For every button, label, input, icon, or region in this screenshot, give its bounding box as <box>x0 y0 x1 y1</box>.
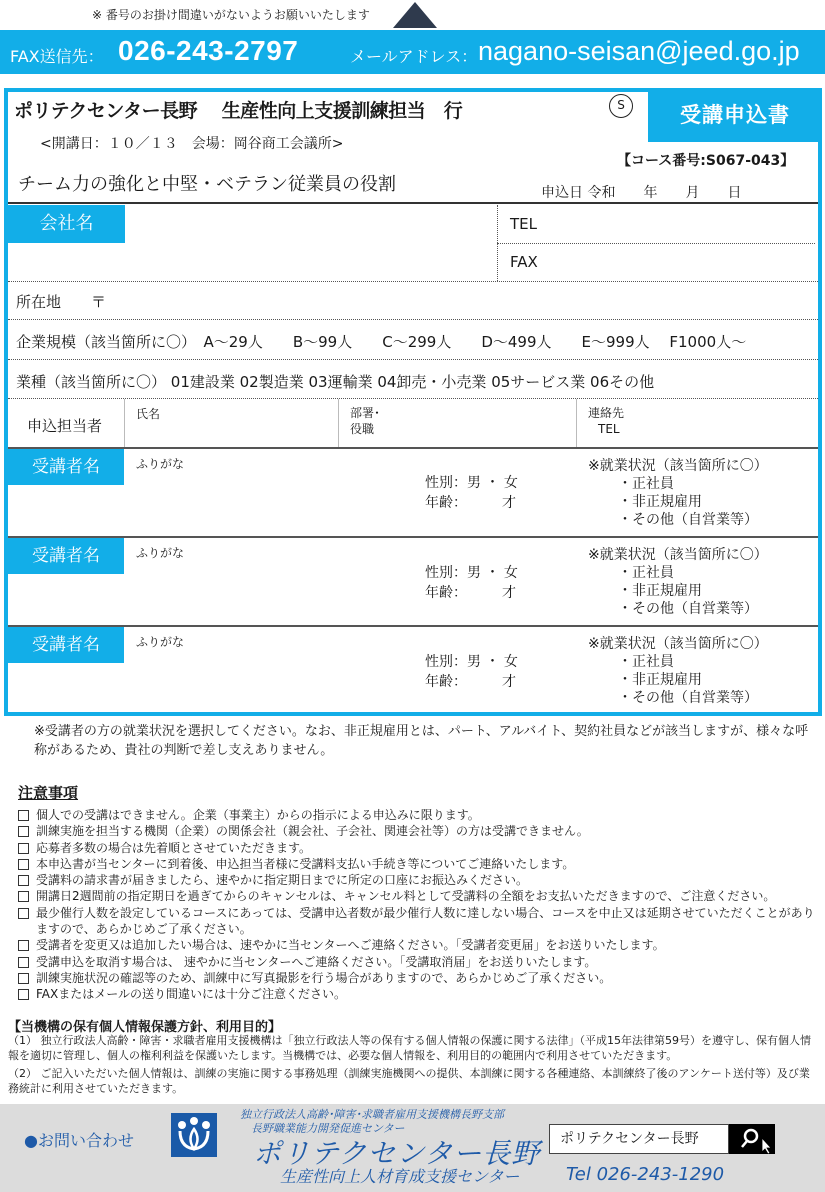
org-subtitle: 生産性向上人材育成支援センター <box>280 1164 519 1187</box>
company-tel-field[interactable] <box>545 205 815 243</box>
note-item[interactable]: 訓練実施を担当する機関（企業）の関係会社（親会社、子会社、関連会社等）の方は受講… <box>16 823 816 839</box>
note-item[interactable]: 受講者を変更又は追加したい場合は、速やかに当センターへご連絡ください。「受講者変… <box>16 937 816 953</box>
trainee-2-name-field[interactable] <box>125 538 415 626</box>
notes-list: 個人での受講はできません。企業（事業主）からの指示による申込みに限ります。 訓練… <box>16 807 816 1003</box>
company-fax-field[interactable] <box>545 244 815 280</box>
course-number: 【コース番号:S067-043】 <box>617 150 794 170</box>
applicant-name-field[interactable] <box>125 399 338 447</box>
apply-date-field[interactable]: 申込日 令和 年 月 日 <box>541 182 741 202</box>
employment-footnote: ※受講者の方の就業状況を選択してください。なお、非正規雇用とは、パート、アルバイ… <box>34 722 814 760</box>
top-note: ※ 番号のお掛け間違いがないようお願いいたします <box>92 6 370 23</box>
search-icon <box>729 1124 775 1154</box>
divider <box>8 319 818 320</box>
mail-address[interactable]: nagano-seisan@jeed.go.jp <box>478 36 800 67</box>
company-size-options[interactable]: 企業規模（該当箇所に〇） A～29人 B～99人 C～299人 D～499人 E… <box>16 331 746 352</box>
divider <box>8 359 818 360</box>
fax-label: FAX <box>510 253 538 271</box>
applicant-label: 申込担当者 <box>27 415 102 436</box>
course-title: チーム力の強化と中堅・ベテラン従業員の役割 <box>18 170 396 196</box>
note-item[interactable]: 受講料の請求書が届きましたら、速やかに指定期日までに所定の口座にお振込みください… <box>16 872 816 888</box>
trainee-3-label: 受講者名 <box>8 627 124 663</box>
trainee-1-label: 受講者名 <box>8 449 124 485</box>
trainee-3-employment-status[interactable]: ※就業状況（該当箇所に〇） ・正社員 ・非正規雇用 ・その他（自営業等） <box>588 635 768 707</box>
applicant-dept-field[interactable] <box>380 399 576 447</box>
trainee-2-label: 受講者名 <box>8 538 124 574</box>
mail-label: メールアドレス： <box>350 44 477 67</box>
trainee-3-name-field[interactable] <box>125 627 415 712</box>
notes-title: 注意事項 <box>18 782 78 803</box>
fax-banner: FAX送信先： 026-243-2797 メールアドレス： nagano-sei… <box>0 30 825 74</box>
form-title: 受講申込書 <box>648 88 822 142</box>
trainee-1-employment-status[interactable]: ※就業状況（該当箇所に〇） ・正社員 ・非正規雇用 ・その他（自営業等） <box>588 457 768 529</box>
triangle-arrow-icon <box>393 2 437 28</box>
privacy-body: （1） 独立行政法人高齢・障害・求職者雇用支援機構は「独立行政法人等の保有する個… <box>8 1033 820 1096</box>
applicant-dept-label: 部署･ 役職 <box>350 405 380 437</box>
note-item[interactable]: 個人での受講はできません。企業（事業主）からの指示による申込みに限ります。 <box>16 807 816 823</box>
destination: ポリテクセンター長野 生産性向上支援訓練担当 行 <box>14 96 462 123</box>
note-item[interactable]: 受講申込を取消す場合は、 速やかに当センターへご連絡ください。「受講取消届」をお… <box>16 954 816 970</box>
note-item[interactable]: 最少催行人数を設定しているコースにあっては、受講申込者数が最少催行人数に達しない… <box>16 905 816 938</box>
trainee-2-gender-age[interactable]: 性別：男 ・ 女 年齢： 才 <box>425 563 518 603</box>
s-mark-icon: S <box>609 94 633 118</box>
divider <box>8 202 818 204</box>
trainee-1-gender-age[interactable]: 性別：男 ・ 女 年齢： 才 <box>425 473 518 513</box>
divider <box>576 399 577 447</box>
search-input[interactable]: ポリテクセンター長野 <box>549 1124 729 1154</box>
divider <box>8 281 818 282</box>
contact-label: ●お問い合わせ <box>24 1128 134 1151</box>
footer-tel: Tel 026-243-1290 <box>566 1164 724 1185</box>
divider <box>338 399 339 447</box>
trainee-2-employment-status[interactable]: ※就業状況（該当箇所に〇） ・正社員 ・非正規雇用 ・その他（自営業等） <box>588 546 768 618</box>
note-item[interactable]: 応募者多数の場合は先着順とさせていただきます。 <box>16 840 816 856</box>
polytech-logo-icon <box>171 1113 217 1157</box>
trainee-3-gender-age[interactable]: 性別：男 ・ 女 年齢： 才 <box>425 652 518 692</box>
address-label: 所在地 〒 <box>16 291 106 312</box>
fax-number: 026-243-2797 <box>118 35 298 67</box>
tel-label: TEL <box>510 215 537 233</box>
applicant-tel-field[interactable] <box>640 420 815 447</box>
address-field[interactable] <box>130 283 815 319</box>
company-name-field[interactable] <box>125 205 497 281</box>
note-item[interactable]: 開講日2週間前の指定期日を過ぎてからのキャンセルは、キャンセル料として受講料の全… <box>16 888 816 904</box>
note-item[interactable]: FAXまたはメールの送り間違いには十分ご注意ください。 <box>16 986 816 1002</box>
fax-label: FAX送信先： <box>10 44 104 67</box>
note-item[interactable]: 訓練実施状況の確認等のため、訓練中に写真撮影を行う場合がありますので、あらかじめ… <box>16 970 816 986</box>
industry-options[interactable]: 業種（該当箇所に〇） 01建設業 02製造業 03運輸業 04卸売・小売業 05… <box>16 371 654 392</box>
search-button[interactable] <box>729 1124 775 1154</box>
note-item[interactable]: 本申込書が当センターに到着後、申込担当者様に受講料支払い手続き等についてご連絡い… <box>16 856 816 872</box>
company-name-label: 会社名 <box>8 205 125 243</box>
applicant-contact-label: 連絡先 TEL <box>588 405 624 437</box>
open-info: <開講日：１０／１３ 会場：岡谷商工会議所> <box>40 133 343 153</box>
trainee-1-name-field[interactable] <box>125 449 415 537</box>
